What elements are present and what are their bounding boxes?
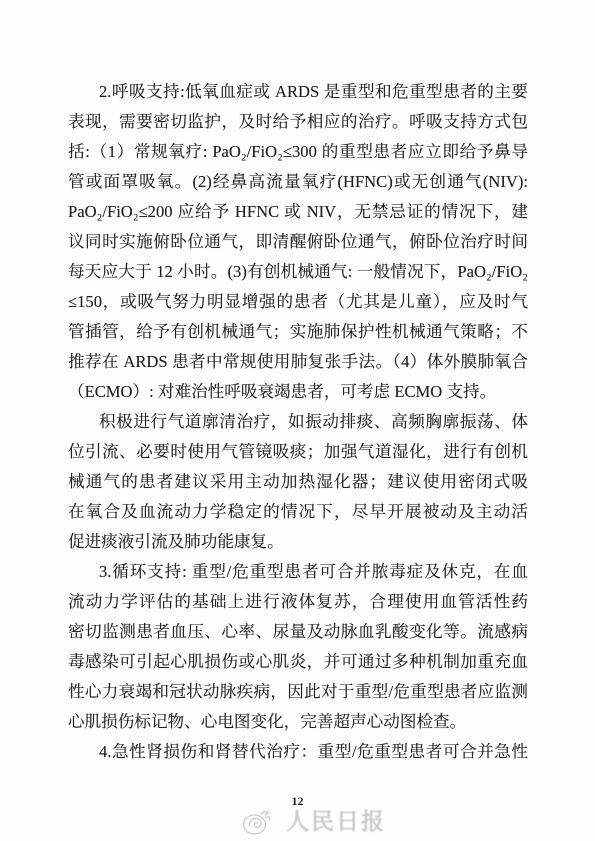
text-line: 推荐在 ARDS 患者中常规使用肺复张手法。（4）体外膜肺氧合 [68,347,528,377]
text-line: 位引流、必要时使用气管镜吸痰；加强气道湿化，进行有创机 [68,437,528,467]
text-line: 心肌损伤标记物、心电图变化，完善超声心动图检查。 [68,707,528,737]
text-line: 3.循环支持: 重型/危重型患者可合并脓毒症及休克，在血 [68,557,528,587]
document-page: 2.呼吸支持:低氧血症或 ARDS 是重型和危重型患者的主要表现，需要密切监护，… [0,0,595,841]
text-line: 性心力衰竭和冠状动脉疾病，因此对于重型/危重型患者应监测 [68,677,528,707]
text-line: 密切监测患者血压、心率、尿量及动脉血乳酸变化等。流感病 [68,617,528,647]
text-line: 每天应大于 12 小时。(3)有创机械通气: 一般情况下，PaO₂/FiO₂ [68,257,528,287]
text-line: 2.呼吸支持:低氧血症或 ARDS 是重型和危重型患者的主要 [68,77,528,107]
watermark-text: 人民日报 [286,810,386,833]
text-line: 积极进行气道廓清治疗，如振动排痰、高频胸廓振荡、体 [68,407,528,437]
peoples-daily-logo-icon [240,805,274,837]
text-line: PaO₂/FiO₂≤200 应给予 HFNC 或 NIV，无禁忌证的情况下，建 [68,197,528,227]
text-line: 管插管，给予有创机械通气；实施肺保护性机械通气策略；不 [68,317,528,347]
text-line: 议同时实施俯卧位通气，即清醒俯卧位通气，俯卧位治疗时间 [68,227,528,257]
text-line: ≤150，或吸气努力明显增强的患者（尤其是儿童），应及时气 [68,287,528,317]
text-line: （ECMO）: 对难治性呼吸衰竭患者，可考虑 ECMO 支持。 [68,377,528,407]
text-line: 毒感染可引起心肌损伤或心肌炎，并可通过多种机制加重充血 [68,647,528,677]
page-footer: 12 人民日报 [0,790,595,841]
text-line: 管或面罩吸氧。(2)经鼻高流量氧疗(HFNC)或无创通气(NIV): [68,167,528,197]
text-line: 促进痰液引流及肺功能康复。 [68,527,528,557]
document-body: 2.呼吸支持:低氧血症或 ARDS 是重型和危重型患者的主要表现，需要密切监护，… [68,77,528,767]
text-line: 表现，需要密切监护，及时给予相应的治疗。呼吸支持方式包 [68,107,528,137]
text-line: 括:（1）常规氧疗: PaO₂/FiO₂≤300 的重型患者应立即给予鼻导 [68,137,528,167]
text-line: 4.急性肾损伤和肾替代治疗：重型/危重型患者可合并急性 [68,737,528,767]
watermark: 人民日报 [240,805,386,837]
text-line: 械通气的患者建议采用主动加热湿化器；建议使用密闭式吸痰； [68,467,528,497]
text-line: 在氧合及血流动力学稳定的情况下，尽早开展被动及主动活动， [68,497,528,527]
text-line: 流动力学评估的基础上进行液体复苏，合理使用血管活性药物， [68,587,528,617]
